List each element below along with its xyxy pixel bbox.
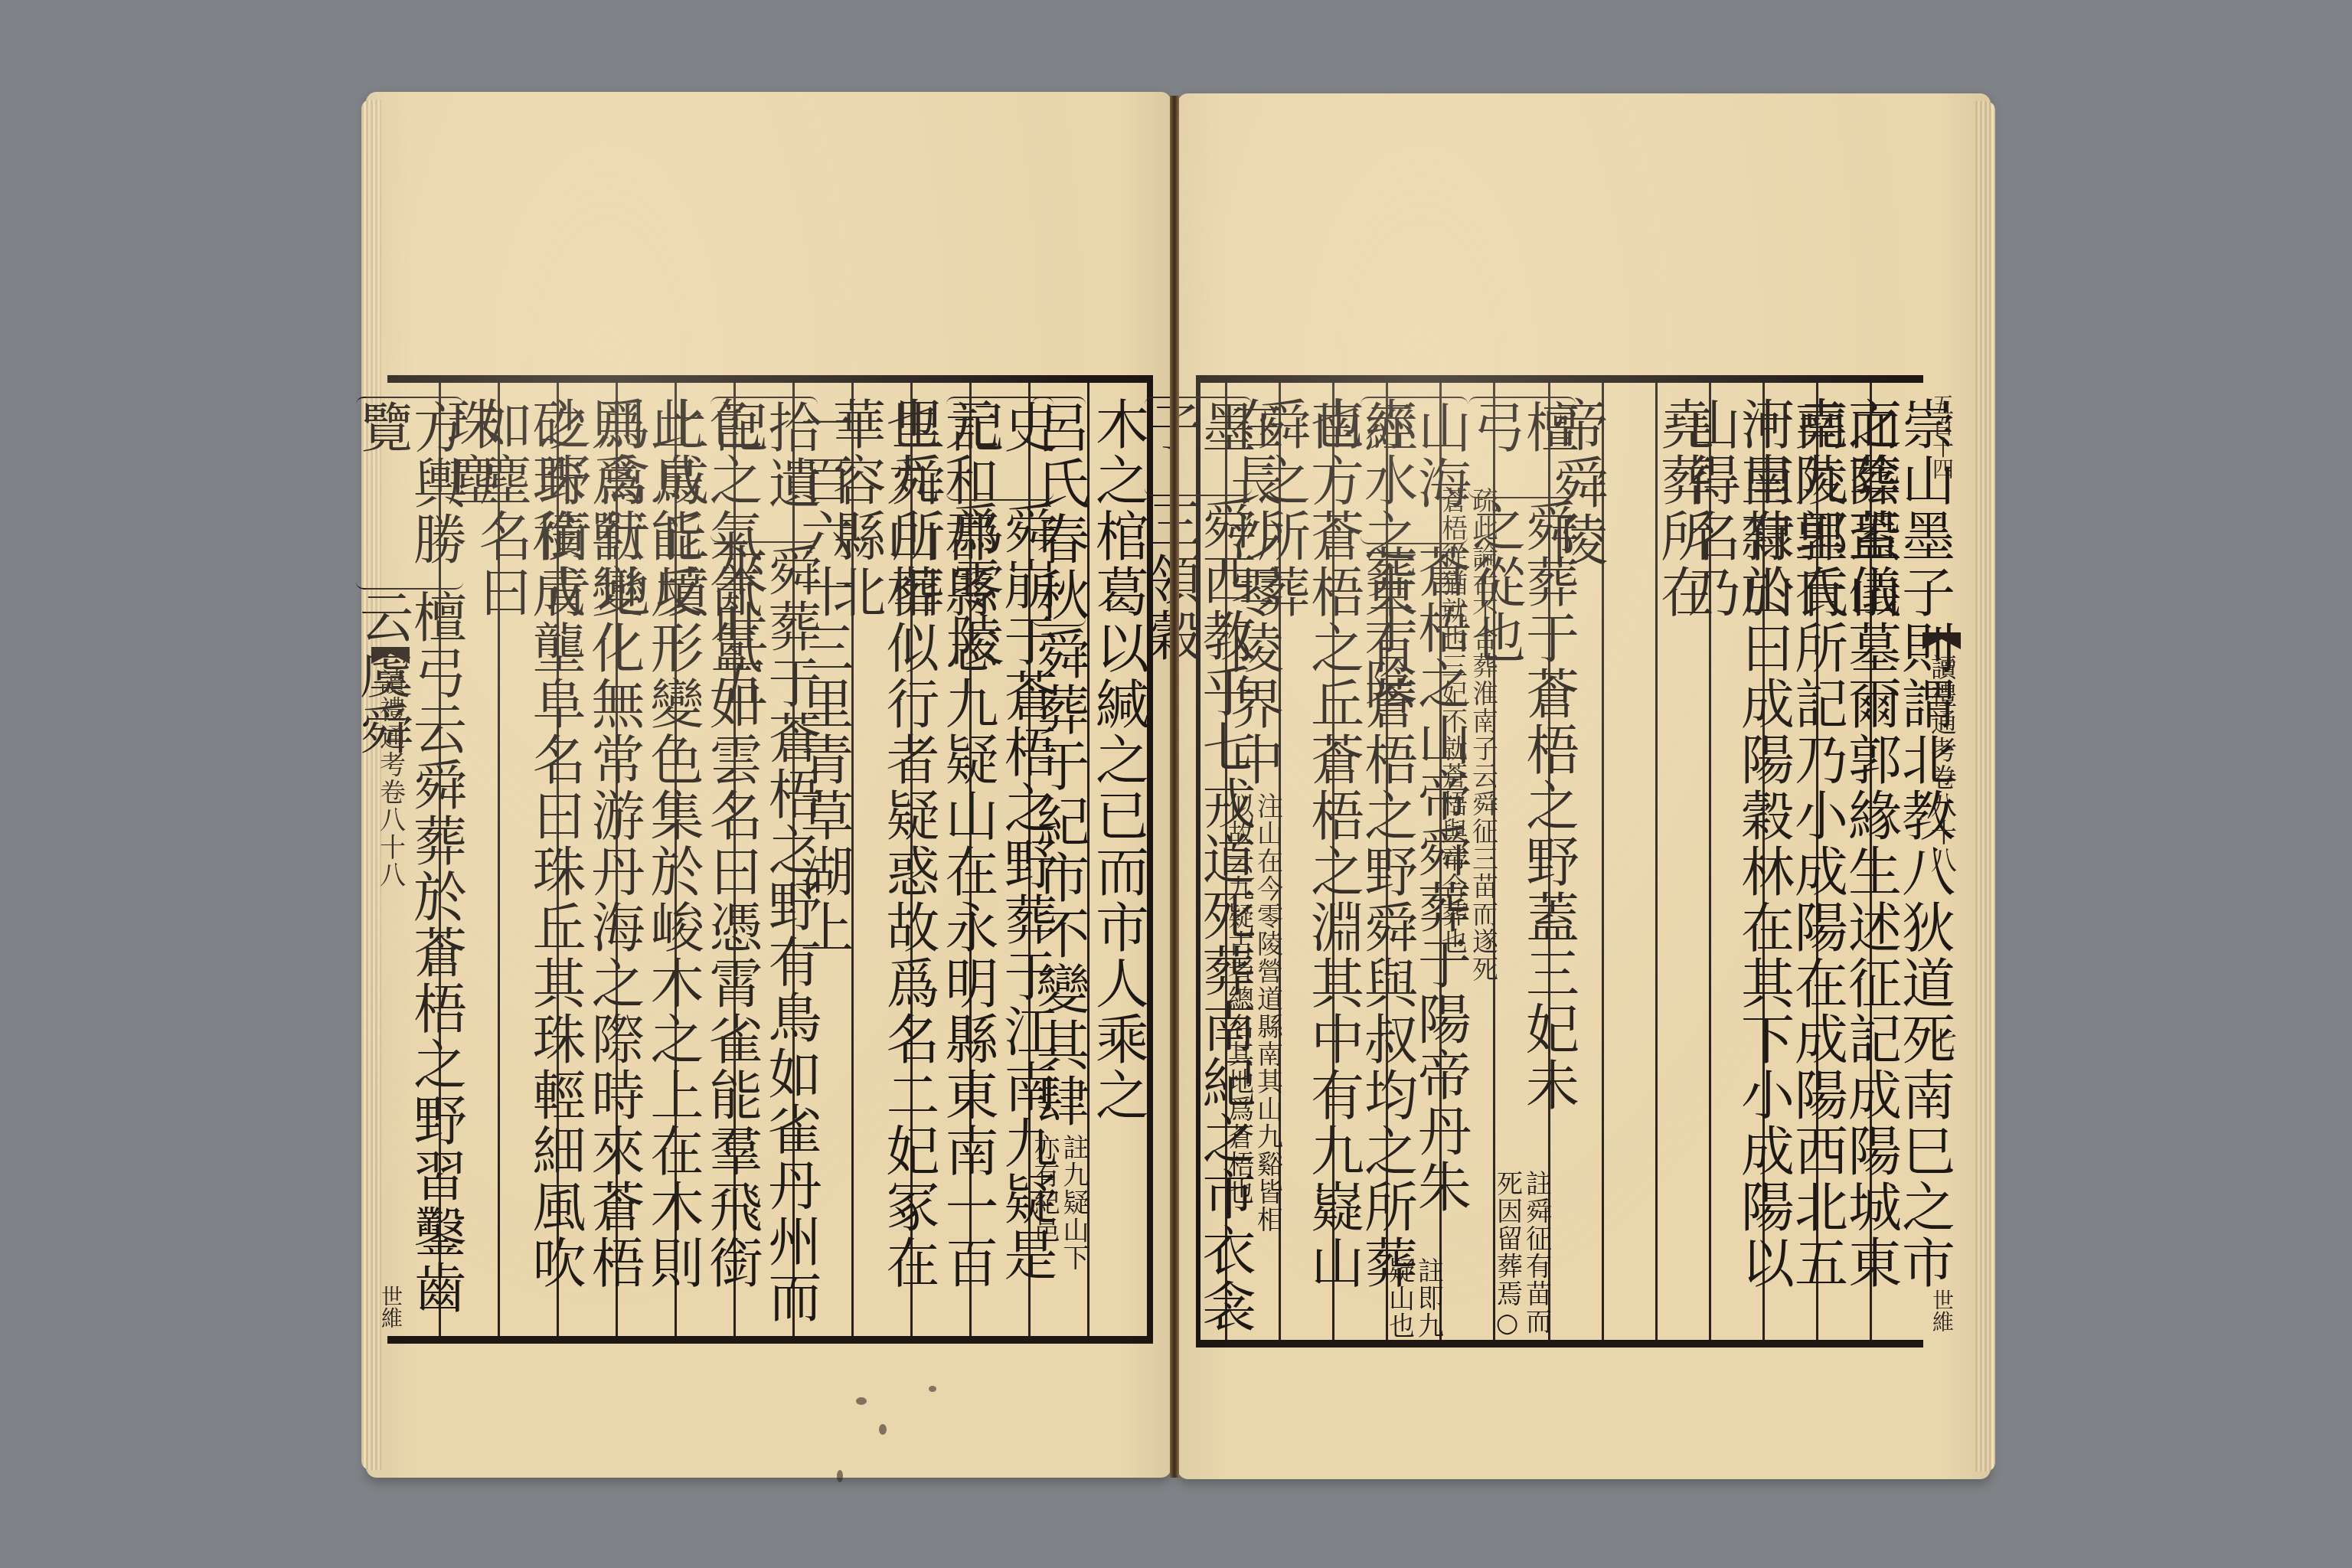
text-column: 砂珠積成壟阜名曰珠丘其珠輕細風吹如塵名曰 — [498, 383, 557, 1336]
left-page: 木之棺葛以緘之已而市人乘之 呂氏春秋 舜葬于紀市不變其肆 註九疑山下 亦有紀邑 … — [366, 92, 1171, 1478]
text-column: 也九山相似行者疑惑故爲名二妃冢在華容縣北 — [851, 383, 910, 1336]
text-column: 木之棺葛以緘之已而市人乘之 — [1087, 383, 1147, 1336]
fold-footer: 世維 — [375, 1285, 406, 1328]
source-title: 墨子 — [1145, 397, 1252, 496]
text-column: 南方蒼梧之丘蒼梧之淵其中有九嶷山舜之所葬 — [1279, 383, 1332, 1340]
main-text: 木之棺葛以緘之已而市人乘之 — [1092, 397, 1145, 1336]
fishtail-mark — [1922, 632, 1961, 649]
annotation: 死因留葬焉○ — [1494, 1170, 1521, 1340]
text-column: 檀弓 舜葬于蒼梧之野蓋三妃未之從也 註舜征有苗而 死因留葬焉○ — [1493, 383, 1548, 1340]
main-text: 堯葬所在 — [1657, 397, 1710, 1340]
ink-smudge — [929, 1386, 936, 1392]
book-gutter — [1170, 96, 1179, 1478]
ink-smudge — [856, 1397, 867, 1405]
fold-margin: 讀禮通考卷八十八 世維 — [363, 383, 418, 1344]
right-page-edges — [1975, 101, 1995, 1472]
fold-title: 讀禮通考卷八十八 — [1923, 654, 1961, 874]
right-page: 崇山墨子則謂北教八狄道死南巳之市而葬蛩山 之陰蓋儀墓爾郭緣生述征記成陽城東南九里… — [1178, 93, 1991, 1479]
annotation: 注山在今零陵營道縣南其山九谿皆相 — [1255, 792, 1281, 1233]
annotation: 註九疑山下 — [1060, 1134, 1086, 1272]
fold-margin: 五百十四 讀禮通考卷八十八 七 世維 — [1914, 383, 1969, 1347]
right-text-frame: 崇山墨子則謂北教八狄道死南巳之市而葬蛩山 之陰蓋儀墓爾郭緣生述征記成陽城東南九里… — [1196, 375, 1923, 1347]
ink-smudge — [837, 1470, 843, 1482]
annotation: 註即九 — [1416, 1257, 1442, 1340]
text-column: 墨子 舜西教乎七戎道死葬南紀之市衣衾三領穀 — [1171, 383, 1225, 1340]
fold-footer: 世維 — [1926, 1289, 1957, 1332]
main-text: 舜西教乎七戎道死葬南紀之市衣衾三領穀 — [1145, 496, 1252, 1340]
leaf-number: 七 — [1923, 1027, 1961, 1055]
text-column: 河南有山曰成陽穀林在其下小成陽以山得名乃 — [1709, 383, 1762, 1340]
fishtail-mark — [371, 647, 410, 664]
fold-title: 讀禮通考卷八十八 — [372, 668, 410, 889]
annotation: 註舜征有苗而 — [1524, 1170, 1550, 1340]
text-column: 堯葬所在 — [1655, 383, 1709, 1340]
text-column-empty — [1602, 383, 1655, 1340]
left-text-frame: 木之棺葛以緘之已而市人乘之 呂氏春秋 舜葬于紀市不變其肆 註九疑山下 亦有紀邑 … — [387, 375, 1153, 1344]
annotation: 疏此論古不合葬淮南子云舜征三苗而遂死 — [1470, 487, 1496, 1340]
page-number: 五百十四 — [1926, 394, 1957, 479]
ink-smudge — [879, 1424, 887, 1435]
